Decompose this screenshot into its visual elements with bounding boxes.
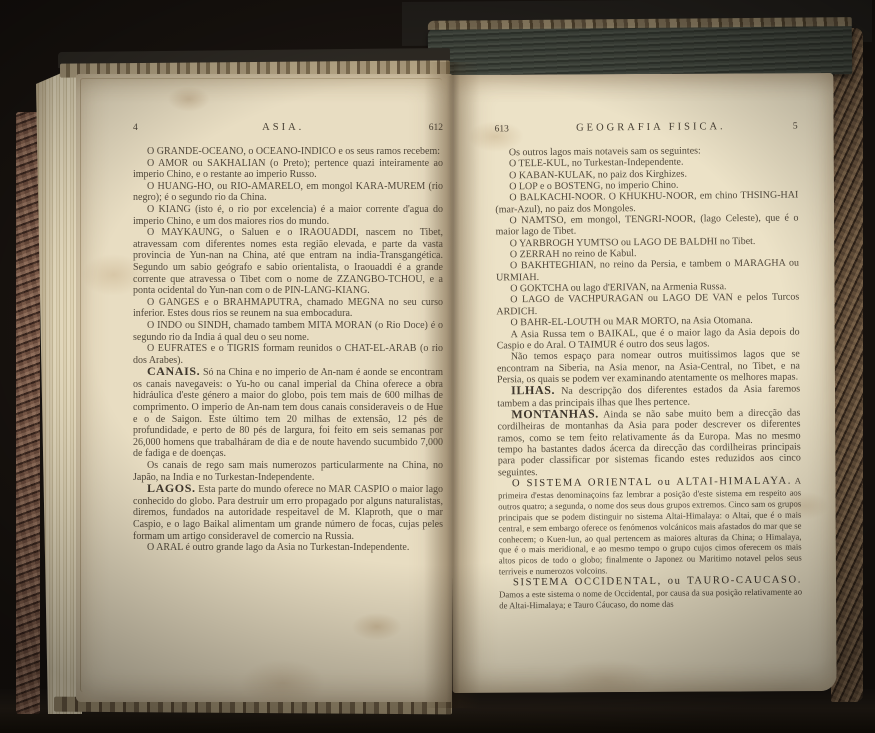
marbled-cover-left [16, 112, 40, 714]
paragraph-sistema-occidental: SISTEMA OCCIDENTAL, ou TAURO-CAUCASO. Da… [499, 575, 802, 612]
paragraph-text: O NAMTSO, em mongol, TENGRI-NOOR, (lago … [496, 213, 799, 238]
paragraph: O EUFRATES e o TIGRIS formam reunidos o … [133, 343, 443, 366]
paragraph-text: O GANGES e o BRAHMAPUTRA, chamado MEGNA … [133, 297, 443, 320]
left-folio-number: 612 [429, 123, 443, 133]
paragraph: O LAGO de VACHPURAGAN ou LAGO DE VAN e p… [496, 292, 799, 318]
paragraph: O AMOR ou SAKHALIAN (o Preto); pertence … [133, 158, 443, 181]
paragraph-text: O BAKHTEGHIAN, no reino da Persia, e tam… [496, 258, 799, 283]
right-page: 613 GEOGRAFIA FISICA. 5 Os outros lagos … [449, 73, 836, 693]
section-heading-lagos: LAGOS. [147, 481, 196, 495]
paragraph-text: O INDO ou SINDH, chamado tambem MITA MOR… [133, 320, 443, 343]
paragraph: Os canais de rego sam mais numerozos par… [133, 460, 443, 483]
left-running-title: ASIA. [262, 122, 304, 133]
paragraph-text: O HUANG-HO, ou RIO-AMARELO, em mongol KA… [133, 181, 443, 204]
paragraph: O BAKHTEGHIAN, no reino da Persia, e tam… [496, 258, 799, 284]
paragraph-text: Só na China e no imperio de An-nam é aon… [133, 367, 443, 459]
paragraph-canais: CANAIS. Só na China e no imperio de An-n… [133, 366, 443, 460]
paragraph-text: Damos a este sistema o nome de Occidenta… [499, 587, 802, 611]
book-scan-photo: 4 ASIA. 612 O GRANDE-OCEANO, o OCEANO-IN… [0, 0, 875, 733]
right-page-number: 5 [793, 122, 798, 132]
paragraph: O MAYKAUNG, o Saluen e o IRAOUADDI, nasc… [133, 227, 443, 297]
paragraph: O KIANG (isto é, o rio por excelencia) é… [133, 204, 443, 227]
paragraph-sistema-oriental: O SISTEMA ORIENTAL ou ALTAI-HIMALAYA. A … [498, 475, 802, 577]
paragraph: Não temos espaço para nomear outros muit… [497, 349, 800, 386]
paragraph-text: O AMOR ou SAKHALIAN (o Preto); pertence … [133, 158, 443, 181]
paragraph: O GRANDE-OCEANO, o OCEANO-INDICO e os se… [133, 146, 443, 158]
paragraph-text: O GRANDE-OCEANO, o OCEANO-INDICO e os se… [147, 146, 440, 157]
paragraph-text: O BALKACHI-NOOR. O KHUKHU-NOOR, em chino… [495, 190, 798, 215]
paragraph-text: Os canais de rego sam mais numerozos par… [133, 460, 443, 483]
book-head-page-edges [428, 24, 852, 78]
left-page-number: 4 [133, 123, 138, 133]
right-page-text: 613 GEOGRAFIA FISICA. 5 Os outros lagos … [495, 121, 803, 612]
paragraph-text: O LAGO de VACHPURAGAN ou LAGO DE VAN e p… [496, 292, 799, 317]
section-heading-canais: CANAIS. [147, 364, 200, 378]
paragraph-text: A Asia Russa tem o BAIKAL, que é o maior… [497, 326, 800, 351]
paragraph-text: Não temos espaço para nomear outros muit… [497, 349, 800, 386]
paragraph: O INDO ou SINDH, chamado tambem MITA MOR… [133, 320, 443, 343]
paragraph-ilhas: ILHAS. Na descripção dos diferentes esta… [497, 383, 800, 410]
paragraph-montanhas: MONTANHAS. Ainda se não sabe muito bem a… [497, 406, 801, 478]
paragraph-text: O MAYKAUNG, o Saluen e o IRAOUADDI, nasc… [133, 227, 443, 296]
right-running-title: GEOGRAFIA FISICA. [576, 121, 726, 133]
right-page-header: 613 GEOGRAFIA FISICA. 5 [495, 121, 798, 135]
left-page-header: 4 ASIA. 612 [133, 122, 443, 133]
paragraph-text: O ARAL é outro grande lago da Asia no Tu… [147, 542, 409, 553]
left-page: 4 ASIA. 612 O GRANDE-OCEANO, o OCEANO-IN… [76, 74, 452, 702]
paragraph: O GANGES e o BRAHMAPUTRA, chamado MEGNA … [133, 297, 443, 320]
section-heading-montanhas: MONTANHAS. [511, 406, 599, 421]
right-page-body: Os outros lagos mais notaveis sam os seg… [495, 145, 802, 612]
paragraph-text: O EUFRATES e o TIGRIS formam reunidos o … [133, 343, 443, 366]
paragraph: A Asia Russa tem o BAIKAL, que é o maior… [497, 326, 800, 352]
paragraph: O HUANG-HO, ou RIO-AMARELO, em mongol KA… [133, 181, 443, 204]
right-folio-number: 613 [495, 124, 509, 134]
paragraph: O ARAL é outro grande lago da Asia no Tu… [133, 542, 443, 554]
paragraph-lagos: LAGOS. Esta parte do mundo oferece no MA… [133, 483, 443, 542]
paragraph-text: O YARBROGH YUMTSO ou LAGO DE BALDHI no T… [510, 236, 756, 249]
paragraph-text: O ZERRAH no reino de Kabul. [510, 248, 637, 260]
left-page-text: 4 ASIA. 612 O GRANDE-OCEANO, o OCEANO-IN… [133, 122, 443, 554]
paragraph: O BALKACHI-NOOR. O KHUKHU-NOOR, em chino… [495, 190, 798, 216]
paragraph-text: O KIANG (isto é, o rio por excelencia) é… [133, 204, 443, 227]
paragraph: O NAMTSO, em mongol, TENGRI-NOOR, (lago … [495, 213, 798, 239]
left-page-body: O GRANDE-OCEANO, o OCEANO-INDICO e os se… [133, 146, 443, 554]
section-heading-ilhas: ILHAS. [511, 383, 555, 397]
paragraph-text: A primeira d'estas denominaçoins faz lem… [498, 475, 802, 576]
